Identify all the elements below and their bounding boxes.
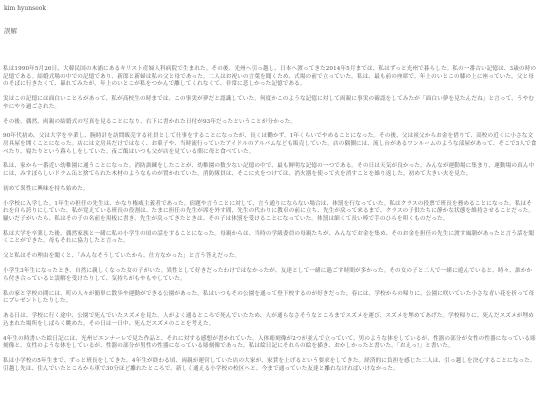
paragraph: ある日は、学校に行く途中、公園で死んでいたスズメを見た。人がよく通るところで死ん… — [3, 313, 537, 328]
document-page: kim hyunseok 誤解 私は1990年5月26日、大韓民国の木浦にあるキ… — [0, 0, 540, 373]
paragraph: 小学生3年生になったとき、自然に親しくなった女の子がいた。異性として好きだったわ… — [3, 268, 537, 283]
paragraph: 90年代初め、父は大学を卒業し、腕時計を訪問販売する社員として仕事をすることにな… — [3, 133, 537, 156]
paragraph: 初めて異性に興味を持ち始めた。 — [3, 186, 537, 194]
page-title: 誤解 — [4, 27, 537, 35]
paragraph: 実はこの記憶には面白いことろがあって、私が高校生の時までは、この事実が夢だと認識… — [3, 96, 537, 111]
paragraph: 私の家と学校の間には、町の人々が簡単に散歩や運動ができる公園があった。私はいつも… — [3, 291, 537, 306]
document-body: 私は1990年5月26日、大韓民国の木浦にあるキリスト産婦人科病院で生まれた。そ… — [3, 66, 537, 373]
paragraph: 私は、家から一番近い幼稚園に通うことになった。消防訓練をしたことが、幼稚園の数少… — [3, 163, 537, 178]
paragraph: 私は1990年5月26日、大韓民国の木浦にあるキリスト産婦人科病院で生まれた。そ… — [3, 66, 537, 89]
paragraph: 4年生の時書いた絵日記には、光州ビエンナーレで見た作品と、それに対する感想が書か… — [3, 336, 537, 351]
paragraph: 私は小学校の5年生まで、ずっと班長をしてきた。4年生が終わる頃、両親が運営してい… — [3, 358, 537, 373]
paragraph: 父と私はその理由を聞くと、「みんなそうしていたから、仕方なかった」と言う答えだっ… — [3, 253, 537, 261]
paragraph: 私は大学を卒業した後、偶然家族と一緒に私の小学生の頃の話をすることになった。母親… — [3, 231, 537, 246]
paragraph: その後、偶然、両親の結婚式の写真を見ることになり、右下に書かれた日付が93年だっ… — [3, 119, 537, 127]
paragraph: 小学校に入学した。1年生の担任の先生は、かなり権威主義者であった。宿題や言うこと… — [3, 201, 537, 224]
author-name: kim hyunseok — [4, 5, 537, 13]
